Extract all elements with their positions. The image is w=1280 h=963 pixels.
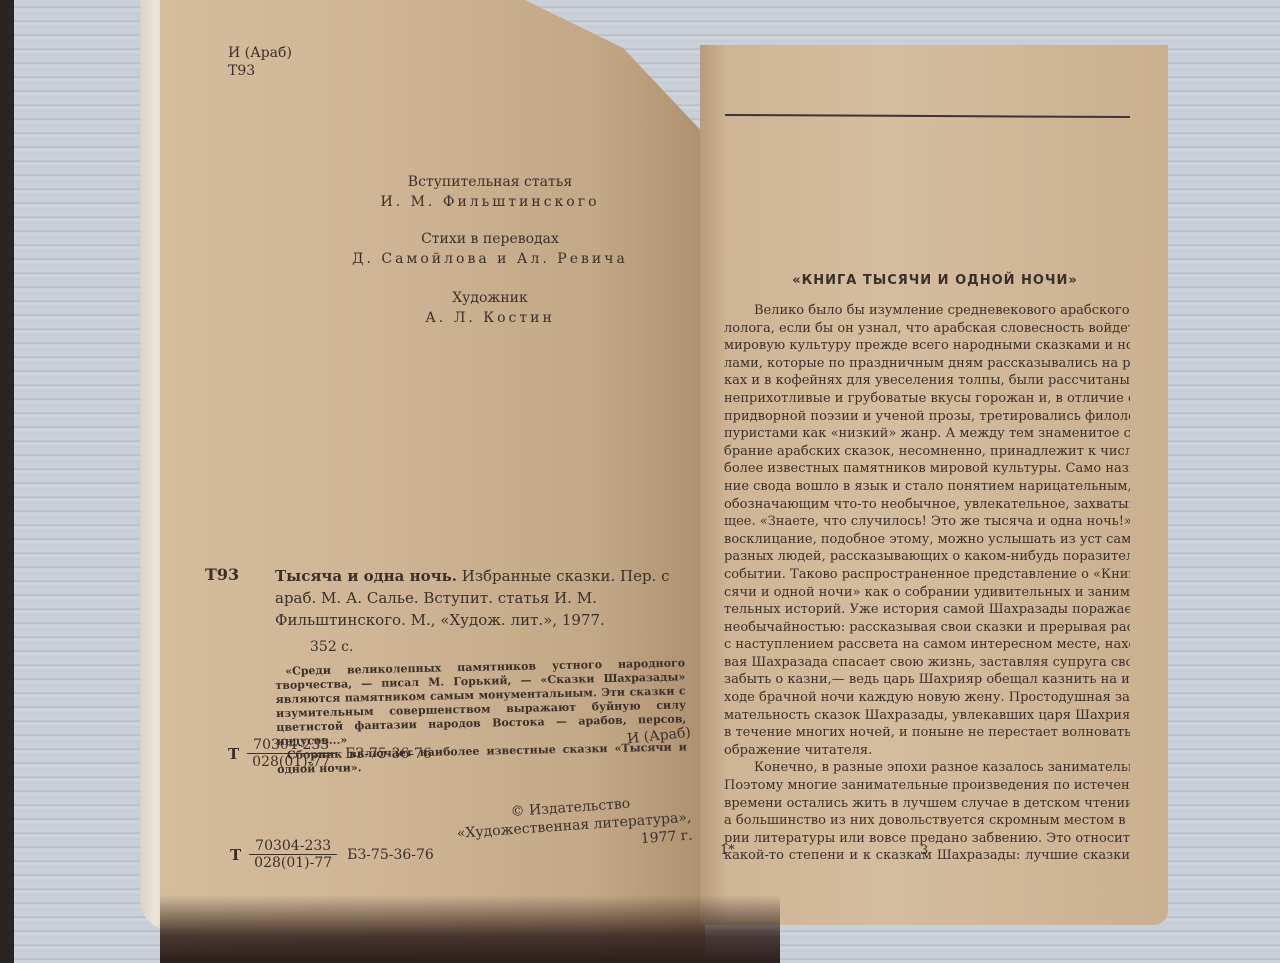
text-line: лолога, если бы он узнал, что арабская с… [724, 320, 1130, 338]
credit-role: Художник [340, 288, 640, 308]
text-line: более известных памятников мировой культ… [724, 460, 1130, 478]
text-line: в течение многих ночей, и поныне не пере… [724, 724, 1130, 742]
credits-intro: Вступительная статья И. М. Фильштинского [340, 172, 640, 212]
imprint-denominator: 028(01)-77 [254, 855, 332, 871]
signature-mark: 1* [720, 843, 735, 858]
catalog-index: Т 70304-233 028(01)-77 БЗ-75-36-76 [228, 737, 432, 770]
text-line: щее. «Знаете, что случилось! Это же тыся… [724, 513, 1130, 531]
text-line: сячи и одной ночи» как о собрании удивит… [724, 584, 1130, 602]
text-line: мировую культуру прежде всего народными … [724, 337, 1130, 355]
catalog-pages: 352 с. [310, 639, 353, 655]
text-line: ках и в кофейнях для увеселения толпы, б… [724, 372, 1130, 390]
index-letter: Т [228, 745, 239, 763]
index-fraction: 70304-233 028(01)-77 [247, 737, 335, 770]
text-line: лами, которые по праздничным дням расска… [724, 355, 1130, 373]
imprint-letter: Т [230, 846, 241, 864]
credit-name: И. М. Фильштинского [340, 192, 640, 212]
credit-name: А. Л. Костин [340, 308, 640, 328]
credit-name: Д. Самойлова и Ал. Ревича [340, 249, 640, 269]
catalog-code: Т93 [205, 565, 239, 584]
chapter-title: «КНИГА ТЫСЯЧИ И ОДНОЙ НОЧИ» [720, 273, 1150, 288]
table-dark-edge [0, 0, 14, 963]
text-line: Велико было бы изумление средневекового … [724, 302, 1130, 320]
text-line: придворной поэзии и ученой прозы, третир… [724, 408, 1130, 426]
text-line: мательность сказок Шахразады, увлекавших… [724, 707, 1130, 725]
imprint-index: Т 70304-233 028(01)-77 БЗ-75-36-76 [230, 838, 434, 871]
body-text: Велико было бы изумление средневекового … [724, 302, 1130, 865]
index-bz: БЗ-75-36-76 [345, 746, 432, 762]
text-line: разных людей, рассказывающих о каком-ниб… [724, 548, 1130, 566]
text-line: восклицание, подобное этому, можно услыш… [724, 531, 1130, 549]
page-number: 3 [920, 843, 928, 858]
corner-code: Т93 [228, 63, 255, 79]
text-line: ние свода вошло в язык и стало понятием … [724, 478, 1130, 496]
catalog-title-bold: Тысяча и одна ночь. [275, 567, 457, 585]
imprint-fraction: 70304-233 028(01)-77 [249, 838, 337, 871]
text-line: событии. Таково распространенное предста… [724, 566, 1130, 584]
text-line: необычайностью: рассказывая свои сказки … [724, 619, 1130, 637]
index-numerator: 70304-233 [247, 737, 335, 754]
page-shadow [160, 895, 780, 963]
credits-poems: Стихи в переводах Д. Самойлова и Ал. Рев… [340, 229, 640, 269]
text-line: обозначающим что-то необычное, увлекател… [724, 496, 1130, 514]
credit-role: Вступительная статья [340, 172, 640, 192]
credit-role: Стихи в переводах [340, 229, 640, 249]
text-line: с наступлением рассвета на самом интерес… [724, 636, 1130, 654]
index-denominator: 028(01)-77 [252, 754, 330, 770]
credits-artist: Художник А. Л. Костин [340, 288, 640, 328]
catalog-title: Тысяча и одна ночь. Избранные сказки. Пе… [275, 565, 685, 631]
text-line: ходе брачной ночи каждую новую жену. Про… [724, 689, 1130, 707]
text-line: а большинство из них довольствуется скро… [724, 812, 1130, 830]
imprint-bz: БЗ-75-36-76 [347, 847, 434, 863]
corner-classification: И (Араб) [228, 45, 292, 61]
text-line: Конечно, в разные эпохи разное казалось … [724, 759, 1130, 777]
text-line: времени остались жить в лучшем случае в … [724, 795, 1130, 813]
text-line: ображение читателя. [724, 742, 1130, 760]
text-line: неприхотливые и грубоватые вкусы горожан… [724, 390, 1130, 408]
annotation-quote: «Среди великолепных памятников устного н… [275, 656, 687, 749]
text-line: брание арабских сказок, несомненно, прин… [724, 443, 1130, 461]
text-line: забыть о казни,— ведь царь Шахрияр обеща… [724, 671, 1130, 689]
text-line: вая Шахразада спасает свою жизнь, застав… [724, 654, 1130, 672]
text-line: Поэтому многие занимательные произведени… [724, 777, 1130, 795]
text-line: тельных историй. Уже история самой Шахра… [724, 601, 1130, 619]
text-line: пуристами как «низкий» жанр. А между тем… [724, 425, 1130, 443]
imprint-numerator: 70304-233 [249, 838, 337, 855]
